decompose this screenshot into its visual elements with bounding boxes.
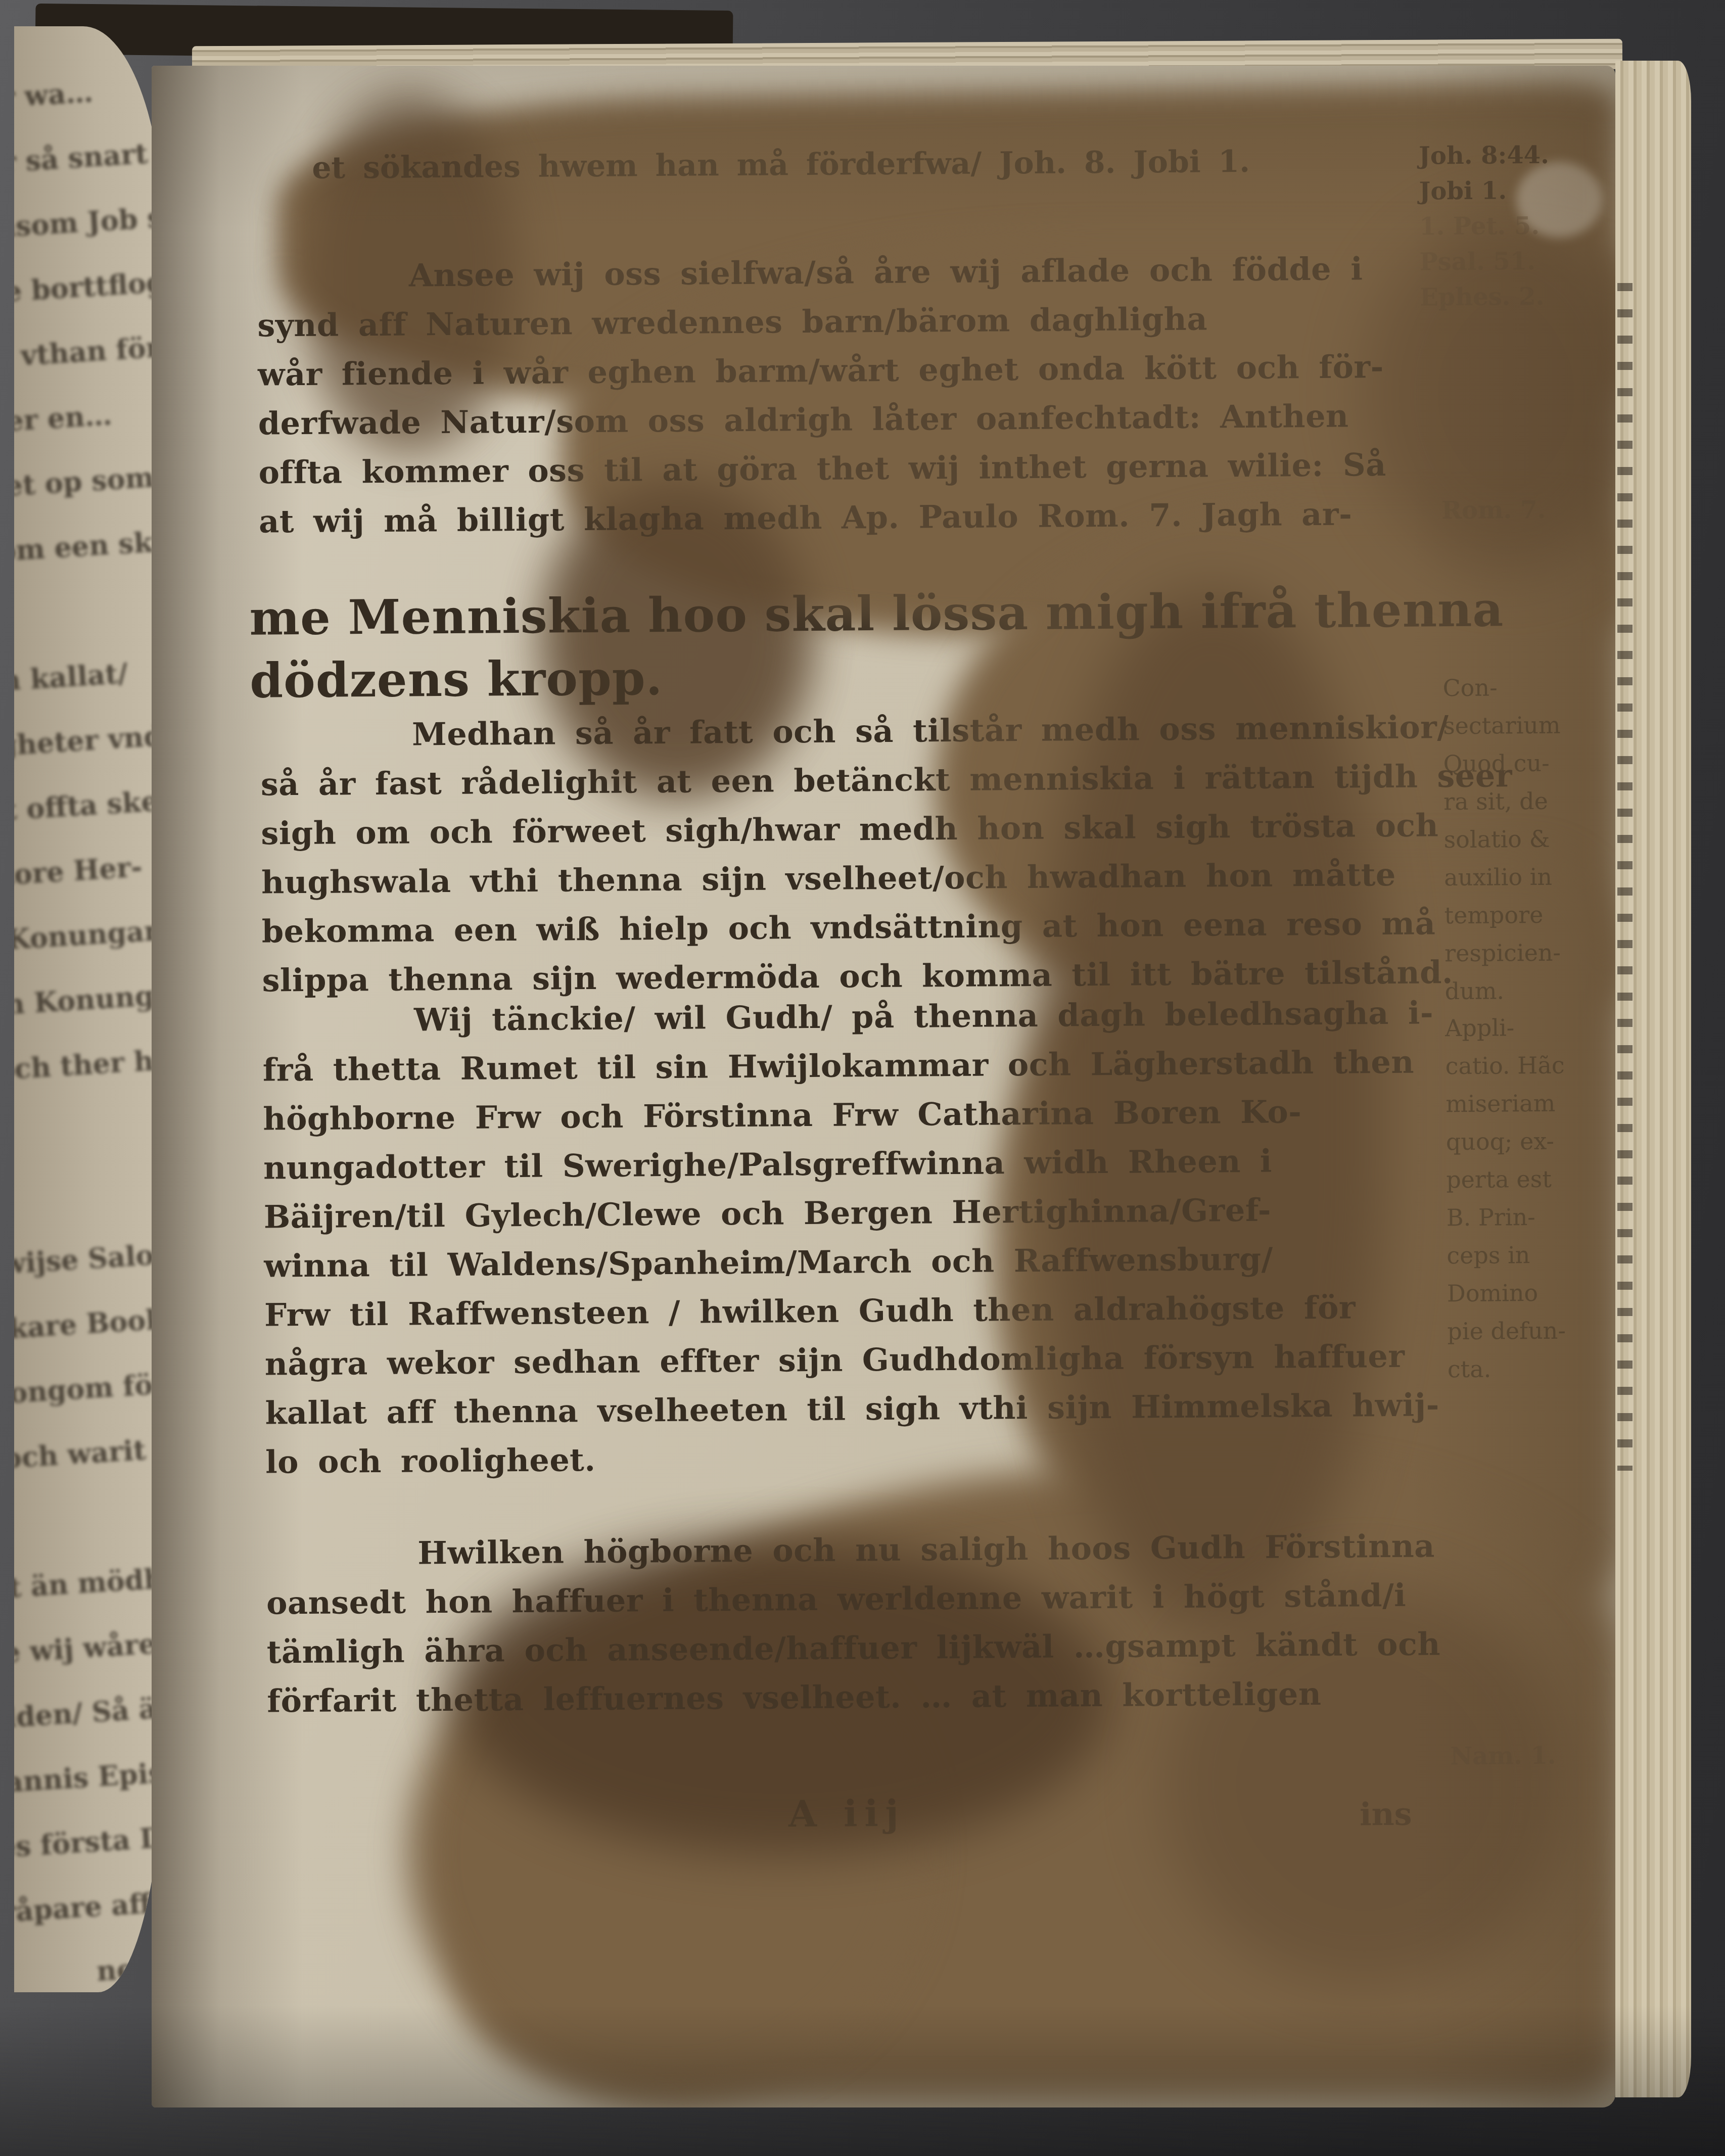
- previous-page-text: …het at ther wa……ärt/är ther så snart fö…: [14, 75, 164, 1992]
- text-line: Wij tänckie/ wil Gudh/ på thenna dagh be…: [262, 994, 1471, 1052]
- text-line: bekomma een wiß hielp och vndsättning at…: [262, 905, 1470, 962]
- text-line: några wekor sedhan effter sijn Gudhdomli…: [265, 1337, 1473, 1395]
- running-header: et sökandes hwem han må förderfwa/ Joh. …: [312, 144, 1250, 186]
- page-text-block: et sökandes hwem han må förderfwa/ Joh. …: [152, 66, 1615, 2107]
- text-line: wår fiende i wår eghen barm/wårt eghet o…: [258, 348, 1466, 405]
- text-line: sigh om och förweet sigh/hwar medh hon s…: [261, 807, 1469, 864]
- margin-line: miseriam: [1446, 1089, 1613, 1128]
- text-line: derfwade Natur/som oss aldrigh låter oan…: [258, 397, 1467, 454]
- text-line: lo och rooligheet.: [265, 1435, 1474, 1493]
- text-line: at wij må billigt klagha medh Ap. Paulo …: [259, 495, 1467, 552]
- margin-line: ceps in: [1447, 1241, 1614, 1280]
- heading-line: me Menniskia hoo skal lössa migh ifrå th…: [249, 582, 1504, 653]
- margin-line: Appli-: [1445, 1013, 1612, 1052]
- paragraph-1: Ansee wij oss sielfwa/så åre wij aflade …: [257, 250, 1467, 552]
- text-line: förfarit thetta leffuernes vselheet. … a…: [267, 1674, 1475, 1732]
- margin-note: Joh. 8:44.: [1419, 140, 1606, 177]
- signature-mark: A iij: [788, 1792, 906, 1836]
- margin-line: B. Prin-: [1447, 1203, 1614, 1242]
- text-line: oansedt hon haffuer i thenna werldenne w…: [266, 1576, 1475, 1634]
- margin-note: Jobi 1.: [1419, 176, 1606, 213]
- margin-line: ra sit, de: [1443, 787, 1611, 826]
- text-line: winna til Waldens/Spanheim/March och Raf…: [264, 1239, 1472, 1297]
- text-line: tämligh ähra och anseende/haffuer lijkwä…: [267, 1625, 1475, 1683]
- margin-line: pie defun-: [1447, 1317, 1614, 1355]
- text-line: Medhan så år fatt och så tilstår medh os…: [260, 709, 1469, 766]
- margin-line: catio. Hãc: [1446, 1051, 1613, 1090]
- catchword: ins: [1360, 1796, 1412, 1833]
- previous-page: …het at ther wa……ärt/är ther så snart fö…: [14, 26, 164, 1992]
- text-line: kallat aff thenna vselheeten til sigh vt…: [265, 1386, 1473, 1444]
- text-line: Ansee wij oss sielfwa/så åre wij aflade …: [257, 250, 1466, 307]
- margin-line: auxilio in: [1444, 863, 1611, 902]
- margin-line: quoq; ex-: [1446, 1127, 1613, 1166]
- margin-line: solatio &: [1443, 825, 1611, 864]
- text-line: hughswala vthi thenna sijn vselheet/och …: [261, 856, 1470, 913]
- section-heading: me Menniskia hoo skal lössa migh ifrå th…: [249, 582, 1504, 716]
- heading-line: dödzens kropp.: [250, 644, 1505, 716]
- text-line: offta kommer oss til at göra thet wij in…: [258, 446, 1467, 503]
- margin-line: respicien-: [1444, 939, 1612, 977]
- margin-line: tempore: [1444, 901, 1611, 940]
- text-line: Frw til Raffwensteen / hwilken Gudh then…: [264, 1288, 1473, 1346]
- margin-note-consectarium: Con-sectariumQuod cu-ra sit, desolatio &…: [1442, 673, 1612, 1015]
- show-through-specks: [1617, 283, 1633, 1471]
- paragraph-3: Wij tänckie/ wil Gudh/ på thenna dagh be…: [262, 994, 1474, 1493]
- margin-line: perta est: [1446, 1165, 1613, 1204]
- margin-note-rom: Rom. 7.: [1441, 495, 1608, 525]
- margin-line: Quod cu-: [1443, 749, 1610, 788]
- text-line: Bäijren/til Gylech/Clewe och Bergen Hert…: [264, 1190, 1472, 1248]
- margin-line: sectarium: [1443, 711, 1610, 750]
- book-page: et sökandes hwem han må förderfwa/ Joh. …: [152, 66, 1615, 2107]
- paragraph-4: Hwilken högborne och nu saligh hoos Gudh…: [266, 1527, 1475, 1732]
- text-line: synd aff Naturen wredennes barn/bärom da…: [257, 299, 1466, 356]
- text-line: så år fast rådelighit at een betänckt me…: [261, 758, 1469, 815]
- text-line: höghborne Frw och Förstinna Frw Catharin…: [263, 1092, 1471, 1150]
- paragraph-2: Medhan så år fatt och så tilstår medh os…: [260, 709, 1470, 1011]
- text-line: frå thetta Rumet til sin Hwijlokammar oc…: [262, 1043, 1471, 1101]
- photo-backdrop: …het at ther wa……ärt/är ther så snart fö…: [0, 0, 1725, 2156]
- margin-note: 1. Pet. 5.: [1419, 211, 1606, 248]
- margin-line: Domino: [1447, 1279, 1614, 1318]
- margin-line: cta.: [1448, 1354, 1615, 1393]
- text-line: Hwilken högborne och nu saligh hoos Gudh…: [266, 1527, 1474, 1585]
- margin-note-nam: Nam. 1.: [1450, 1741, 1615, 1770]
- margin-line: Con-: [1442, 673, 1610, 712]
- text-line: nungadotter til Swerighe/Palsgreffwinna …: [263, 1141, 1472, 1199]
- margin-note-applicatio: Appli-catio. Hãcmiseriamquoq; ex-perta e…: [1445, 1013, 1614, 1393]
